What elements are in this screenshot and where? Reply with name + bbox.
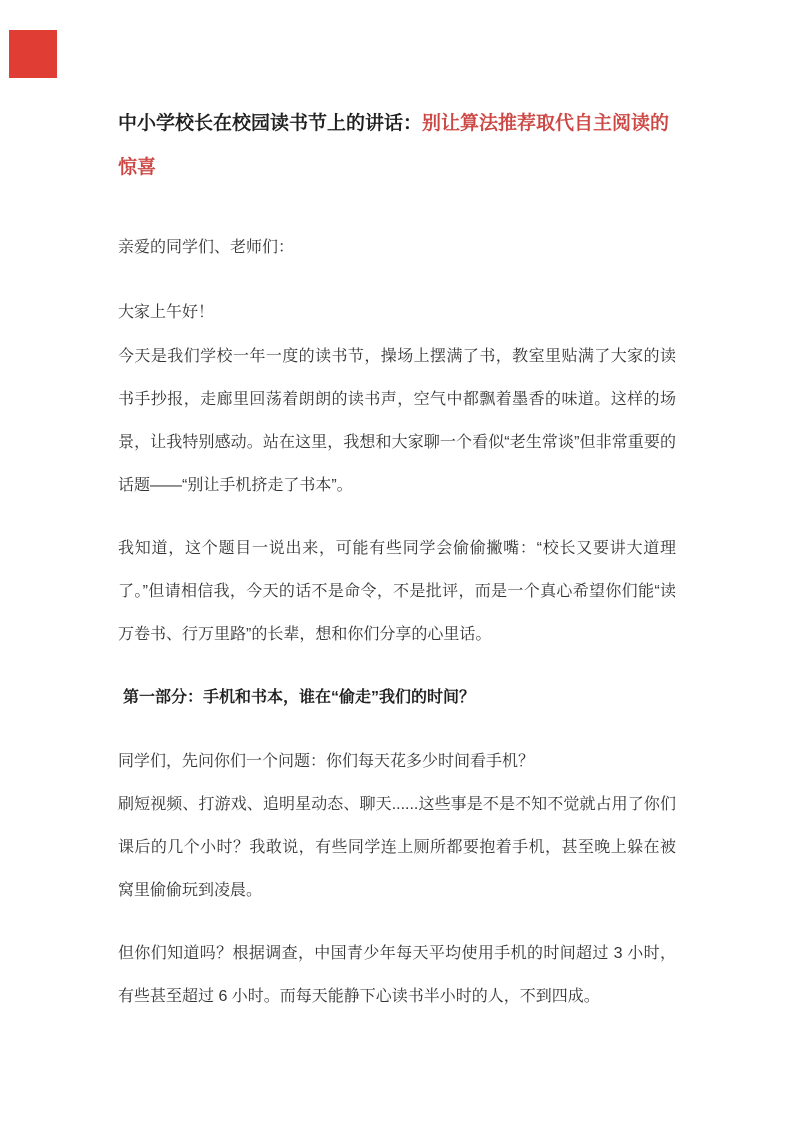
paragraph-reading-festival: 今天是我们学校一年一度的读书节，操场上摆满了书，教室里贴满了大家的读书手抄报，走… [118,335,676,507]
document-title: 中小学校长在校园读书节上的讲话：别让算法推荐取代自主阅读的惊喜 [118,102,676,190]
document-content: 中小学校长在校园读书节上的讲话：别让算法推荐取代自主阅读的惊喜 亲爱的同学们、老… [0,0,793,1018]
paragraph-heart-to-heart: 我知道，这个题目一说出来，可能有些同学会偷偷撇嘴：“校长又要讲大道理了。”但请相… [118,527,676,656]
salutation-line: 亲爱的同学们、老师们： [118,226,676,269]
section-heading-part-one: 第一部分：手机和书本，谁在“偷走”我们的时间？ [118,676,676,719]
document-title-main: 中小学校长在校园读书节上的讲话： [118,113,422,134]
document-page: 中小学校长在校园读书节上的讲话：别让算法推荐取代自主阅读的惊喜 亲爱的同学们、老… [0,0,793,1122]
paragraph-survey-statistics: 但你们知道吗？根据调查，中国青少年每天平均使用手机的时间超过 3 小时，有些甚至… [118,932,676,1018]
paragraph-question-phone-time: 同学们，先问你们一个问题：你们每天花多少时间看手机？ [118,740,676,783]
greeting-line: 大家上午好！ [118,291,676,334]
paragraph-phone-habits: 刷短视频、打游戏、追明星动态、聊天......这些事是不是不知不觉就占用了你们课… [118,783,676,912]
